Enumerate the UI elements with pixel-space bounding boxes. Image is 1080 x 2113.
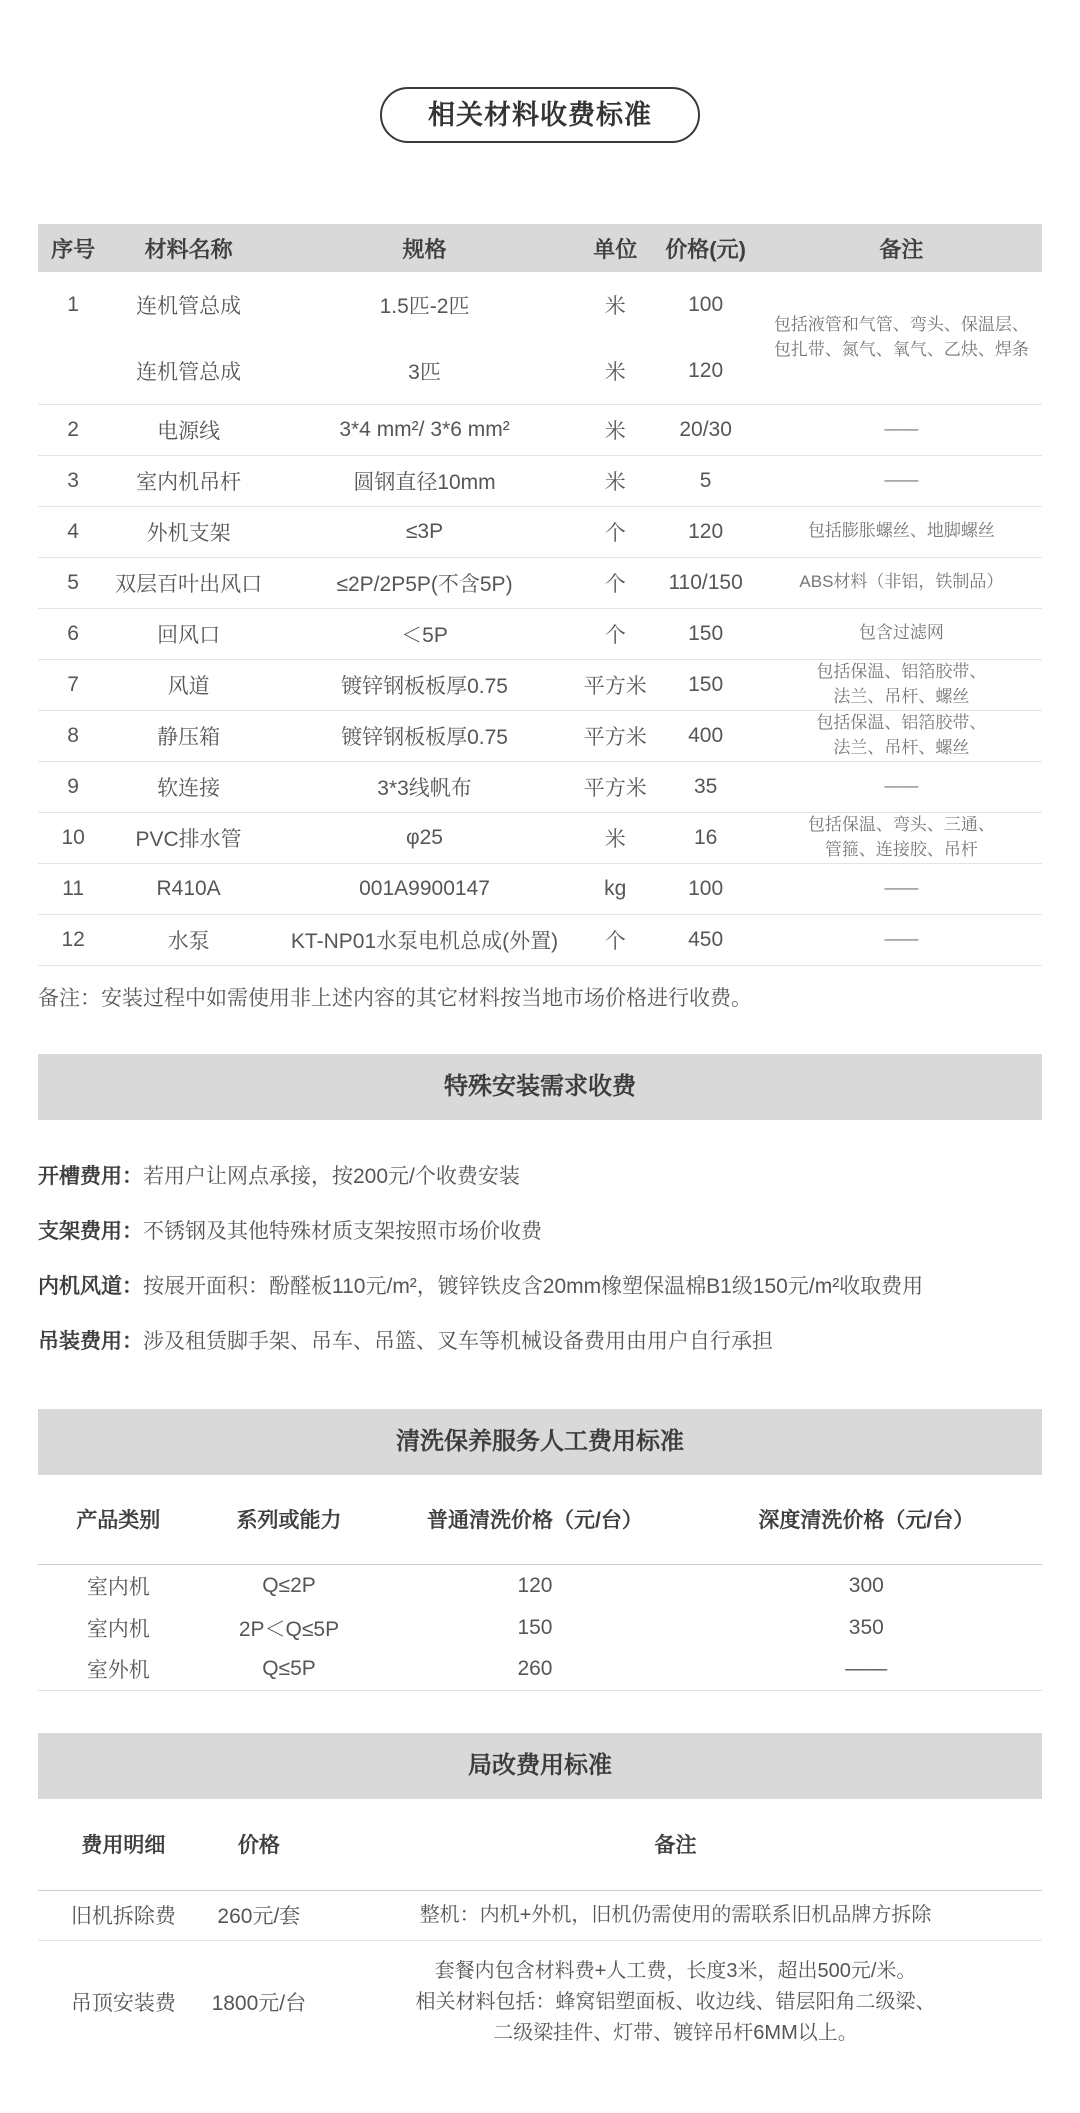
fee-label: 吊装费用： (38, 1330, 143, 1353)
cell-capacity: 2P＜Q≤5P (199, 1607, 380, 1649)
cell-price: 120 (650, 506, 760, 557)
cell-price: 16 (650, 812, 760, 863)
cell-unit: 米 (580, 404, 650, 455)
special-fee-list: 开槽费用：若用户让网点承接，按200元/个收费安装 支架费用：不锈钢及其他特殊材… (38, 1164, 1042, 1354)
cell-no: 9 (38, 761, 108, 812)
table-row: 1 连机管总成 1.5匹-2匹 米 100 包括液管和气管、弯头、保温层、 包扎… (38, 272, 1042, 338)
cleaning-header-row: 产品类别 系列或能力 普通清洗价格（元/台） 深度清洗价格（元/台） (38, 1475, 1042, 1565)
table-row: 吊顶安装费 1800元/台 套餐内包含材料费+人工费，长度3米，超出500元/米… (38, 1940, 1042, 2064)
cell-capacity: Q≤5P (199, 1649, 380, 1691)
cell-category: 室外机 (38, 1649, 199, 1691)
cell-name: 水泵 (108, 914, 269, 965)
cell-spec: 3匹 (269, 338, 580, 404)
table-row: 8 静压箱 镀锌钢板板厚0.75 平方米 400 包括保温、铝箔胶带、 法兰、吊… (38, 710, 1042, 761)
cell-name: 电源线 (108, 404, 269, 455)
cell-remark: —— (761, 404, 1042, 455)
cell-item: 吊顶安装费 (38, 1940, 209, 2064)
cell-price: 1800元/台 (209, 1940, 309, 2064)
cell-spec: 圆钢直径10mm (269, 455, 580, 506)
col-header-spec: 规格 (269, 224, 580, 272)
fee-standard-page: 相关材料收费标准 序号 材料名称 规格 单位 价格(元) 备注 1 连机管总成 … (0, 0, 1080, 2064)
cell-no: 5 (38, 557, 108, 608)
cell-remark: 包括保温、铝箔胶带、 法兰、吊杆、螺丝 (761, 710, 1042, 761)
table-row: 5 双层百叶出风口 ≤2P/2P5P(不含5P) 个 110/150 ABS材料… (38, 557, 1042, 608)
cell-remark: 套餐内包含材料费+人工费，长度3米，超出500元/米。 相关材料包括：蜂窝铝塑面… (309, 1940, 1042, 2064)
cell-item: 旧机拆除费 (38, 1890, 209, 1940)
cell-name: 静压箱 (108, 710, 269, 761)
cell-spec: 3*4 mm²/ 3*6 mm² (269, 404, 580, 455)
cell-capacity: Q≤2P (199, 1565, 380, 1607)
list-item: 开槽费用：若用户让网点承接，按200元/个收费安装 (38, 1164, 1042, 1189)
col-header-no: 序号 (38, 224, 108, 272)
cleaning-fee-table: 产品类别 系列或能力 普通清洗价格（元/台） 深度清洗价格（元/台） 室内机 Q… (38, 1475, 1042, 1692)
cell-category: 室内机 (38, 1607, 199, 1649)
col-header-remark: 备注 (761, 224, 1042, 272)
fee-label: 开槽费用： (38, 1165, 143, 1188)
cell-remark: —— (761, 455, 1042, 506)
cell-normal-price: 120 (379, 1565, 690, 1607)
table-row: 2 电源线 3*4 mm²/ 3*6 mm² 米 20/30 —— (38, 404, 1042, 455)
cell-remark: ABS材料（非铝，铁制品） (761, 557, 1042, 608)
fee-text: 若用户让网点承接，按200元/个收费安装 (143, 1165, 520, 1188)
cell-unit: 平方米 (580, 761, 650, 812)
cell-price: 120 (650, 338, 760, 404)
col-header-price: 价格 (209, 1799, 309, 1890)
section-banner-renovation: 局改费用标准 (38, 1733, 1042, 1799)
list-item: 内机风道：按展开面积：酚醛板110元/m²，镀锌铁皮含20mm橡塑保温棉B1级1… (38, 1274, 1042, 1299)
table-row: 4 外机支架 ≤3P 个 120 包括膨胀螺丝、地脚螺丝 (38, 506, 1042, 557)
materials-note: 备注：安装过程中如需使用非上述内容的其它材料按当地市场价格进行收费。 (38, 982, 1042, 1012)
cell-unit: 个 (580, 506, 650, 557)
cell-deep-price: 350 (691, 1607, 1042, 1649)
cell-remark: 整机：内机+外机，旧机仍需使用的需联系旧机品牌方拆除 (309, 1890, 1042, 1940)
table-row: 室外机 Q≤5P 260 —— (38, 1649, 1042, 1691)
cell-no (38, 338, 108, 404)
col-header-name: 材料名称 (108, 224, 269, 272)
col-header-item: 费用明细 (38, 1799, 209, 1890)
cell-spec: 镀锌钢板板厚0.75 (269, 710, 580, 761)
cell-no: 8 (38, 710, 108, 761)
cell-unit: 个 (580, 914, 650, 965)
cell-spec: φ25 (269, 812, 580, 863)
cell-no: 11 (38, 863, 108, 914)
cell-unit: 米 (580, 812, 650, 863)
cell-unit: 米 (580, 455, 650, 506)
cell-unit: 个 (580, 608, 650, 659)
cell-unit: 平方米 (580, 710, 650, 761)
table-row: 7 风道 镀锌钢板板厚0.75 平方米 150 包括保温、铝箔胶带、 法兰、吊杆… (38, 659, 1042, 710)
fee-label: 支架费用： (38, 1220, 143, 1243)
cell-no: 12 (38, 914, 108, 965)
cell-name: 风道 (108, 659, 269, 710)
col-header-price: 价格(元) (650, 224, 760, 272)
renovation-header-row: 费用明细 价格 备注 (38, 1799, 1042, 1890)
renovation-fee-table: 费用明细 价格 备注 旧机拆除费 260元/套 整机：内机+外机，旧机仍需使用的… (38, 1799, 1042, 2064)
cell-price: 5 (650, 455, 760, 506)
table-row: 12 水泵 KT-NP01水泵电机总成(外置) 个 450 —— (38, 914, 1042, 965)
cell-no: 7 (38, 659, 108, 710)
cell-no: 10 (38, 812, 108, 863)
cell-category: 室内机 (38, 1565, 199, 1607)
cell-name: R410A (108, 863, 269, 914)
cell-remark: 包含过滤网 (761, 608, 1042, 659)
fee-label: 内机风道： (38, 1275, 143, 1298)
cell-name: 连机管总成 (108, 272, 269, 338)
cell-spec: ＜5P (269, 608, 580, 659)
cell-normal-price: 260 (379, 1649, 690, 1691)
cell-spec: 镀锌钢板板厚0.75 (269, 659, 580, 710)
cell-price: 260元/套 (209, 1890, 309, 1940)
cell-remark: —— (761, 914, 1042, 965)
table-row: 9 软连接 3*3线帆布 平方米 35 —— (38, 761, 1042, 812)
cell-price: 35 (650, 761, 760, 812)
col-header-remark: 备注 (309, 1799, 1042, 1890)
cell-no: 1 (38, 272, 108, 338)
cell-normal-price: 150 (379, 1607, 690, 1649)
table-row: 10 PVC排水管 φ25 米 16 包括保温、弯头、三通、 管箍、连接胶、吊杆 (38, 812, 1042, 863)
cell-no: 6 (38, 608, 108, 659)
cell-price: 100 (650, 272, 760, 338)
list-item: 吊装费用：涉及租赁脚手架、吊车、吊篮、叉车等机械设备费用由用户自行承担 (38, 1329, 1042, 1354)
section-banner-cleaning: 清洗保养服务人工费用标准 (38, 1409, 1042, 1475)
cell-name: 软连接 (108, 761, 269, 812)
table-row: 3 室内机吊杆 圆钢直径10mm 米 5 —— (38, 455, 1042, 506)
cell-remark: —— (761, 761, 1042, 812)
materials-header-row: 序号 材料名称 规格 单位 价格(元) 备注 (38, 224, 1042, 272)
col-header-deep-price: 深度清洗价格（元/台） (691, 1475, 1042, 1565)
table-row: 室内机 2P＜Q≤5P 150 350 (38, 1607, 1042, 1649)
cell-no: 4 (38, 506, 108, 557)
cell-price: 150 (650, 608, 760, 659)
table-row: 旧机拆除费 260元/套 整机：内机+外机，旧机仍需使用的需联系旧机品牌方拆除 (38, 1890, 1042, 1940)
fee-text: 不锈钢及其他特殊材质支架按照市场价收费 (143, 1220, 542, 1243)
cell-remark: 包括保温、铝箔胶带、 法兰、吊杆、螺丝 (761, 659, 1042, 710)
col-header-unit: 单位 (580, 224, 650, 272)
cell-price: 20/30 (650, 404, 760, 455)
section-banner-special: 特殊安装需求收费 (38, 1054, 1042, 1120)
cell-spec: 3*3线帆布 (269, 761, 580, 812)
cell-remark: 包括液管和气管、弯头、保温层、 包扎带、氮气、氧气、乙炔、焊条 (761, 272, 1042, 404)
col-header-normal-price: 普通清洗价格（元/台） (379, 1475, 690, 1565)
cell-name: 双层百叶出风口 (108, 557, 269, 608)
cell-name: PVC排水管 (108, 812, 269, 863)
cell-price: 110/150 (650, 557, 760, 608)
table-row: 室内机 Q≤2P 120 300 (38, 1565, 1042, 1607)
cell-price: 100 (650, 863, 760, 914)
cell-price: 400 (650, 710, 760, 761)
materials-fee-table: 序号 材料名称 规格 单位 价格(元) 备注 1 连机管总成 1.5匹-2匹 米… (38, 224, 1042, 966)
fee-text: 涉及租赁脚手架、吊车、吊篮、叉车等机械设备费用由用户自行承担 (143, 1330, 773, 1353)
cell-name: 室内机吊杆 (108, 455, 269, 506)
cell-deep-price: —— (691, 1649, 1042, 1691)
cell-name: 回风口 (108, 608, 269, 659)
cell-price: 450 (650, 914, 760, 965)
cell-spec: ≤2P/2P5P(不含5P) (269, 557, 580, 608)
list-item: 支架费用：不锈钢及其他特殊材质支架按照市场价收费 (38, 1219, 1042, 1244)
cell-name: 连机管总成 (108, 338, 269, 404)
col-header-category: 产品类别 (38, 1475, 199, 1565)
table-row: 11 R410A 001A9900147 kg 100 —— (38, 863, 1042, 914)
cell-spec: ≤3P (269, 506, 580, 557)
cell-deep-price: 300 (691, 1565, 1042, 1607)
cell-remark: 包括膨胀螺丝、地脚螺丝 (761, 506, 1042, 557)
page-title: 相关材料收费标准 (380, 87, 700, 143)
cell-unit: 米 (580, 272, 650, 338)
cell-unit: 米 (580, 338, 650, 404)
cell-remark: —— (761, 863, 1042, 914)
cell-remark: 包括保温、弯头、三通、 管箍、连接胶、吊杆 (761, 812, 1042, 863)
cell-price: 150 (650, 659, 760, 710)
cell-name: 外机支架 (108, 506, 269, 557)
cell-spec: 1.5匹-2匹 (269, 272, 580, 338)
cell-spec: KT-NP01水泵电机总成(外置) (269, 914, 580, 965)
col-header-capacity: 系列或能力 (199, 1475, 380, 1565)
cell-spec: 001A9900147 (269, 863, 580, 914)
cell-unit: 个 (580, 557, 650, 608)
cell-unit: kg (580, 863, 650, 914)
table-row: 6 回风口 ＜5P 个 150 包含过滤网 (38, 608, 1042, 659)
title-wrap: 相关材料收费标准 (38, 0, 1042, 143)
cell-unit: 平方米 (580, 659, 650, 710)
cell-no: 3 (38, 455, 108, 506)
fee-text: 按展开面积：酚醛板110元/m²，镀锌铁皮含20mm橡塑保温棉B1级150元/m… (143, 1275, 923, 1298)
cell-no: 2 (38, 404, 108, 455)
